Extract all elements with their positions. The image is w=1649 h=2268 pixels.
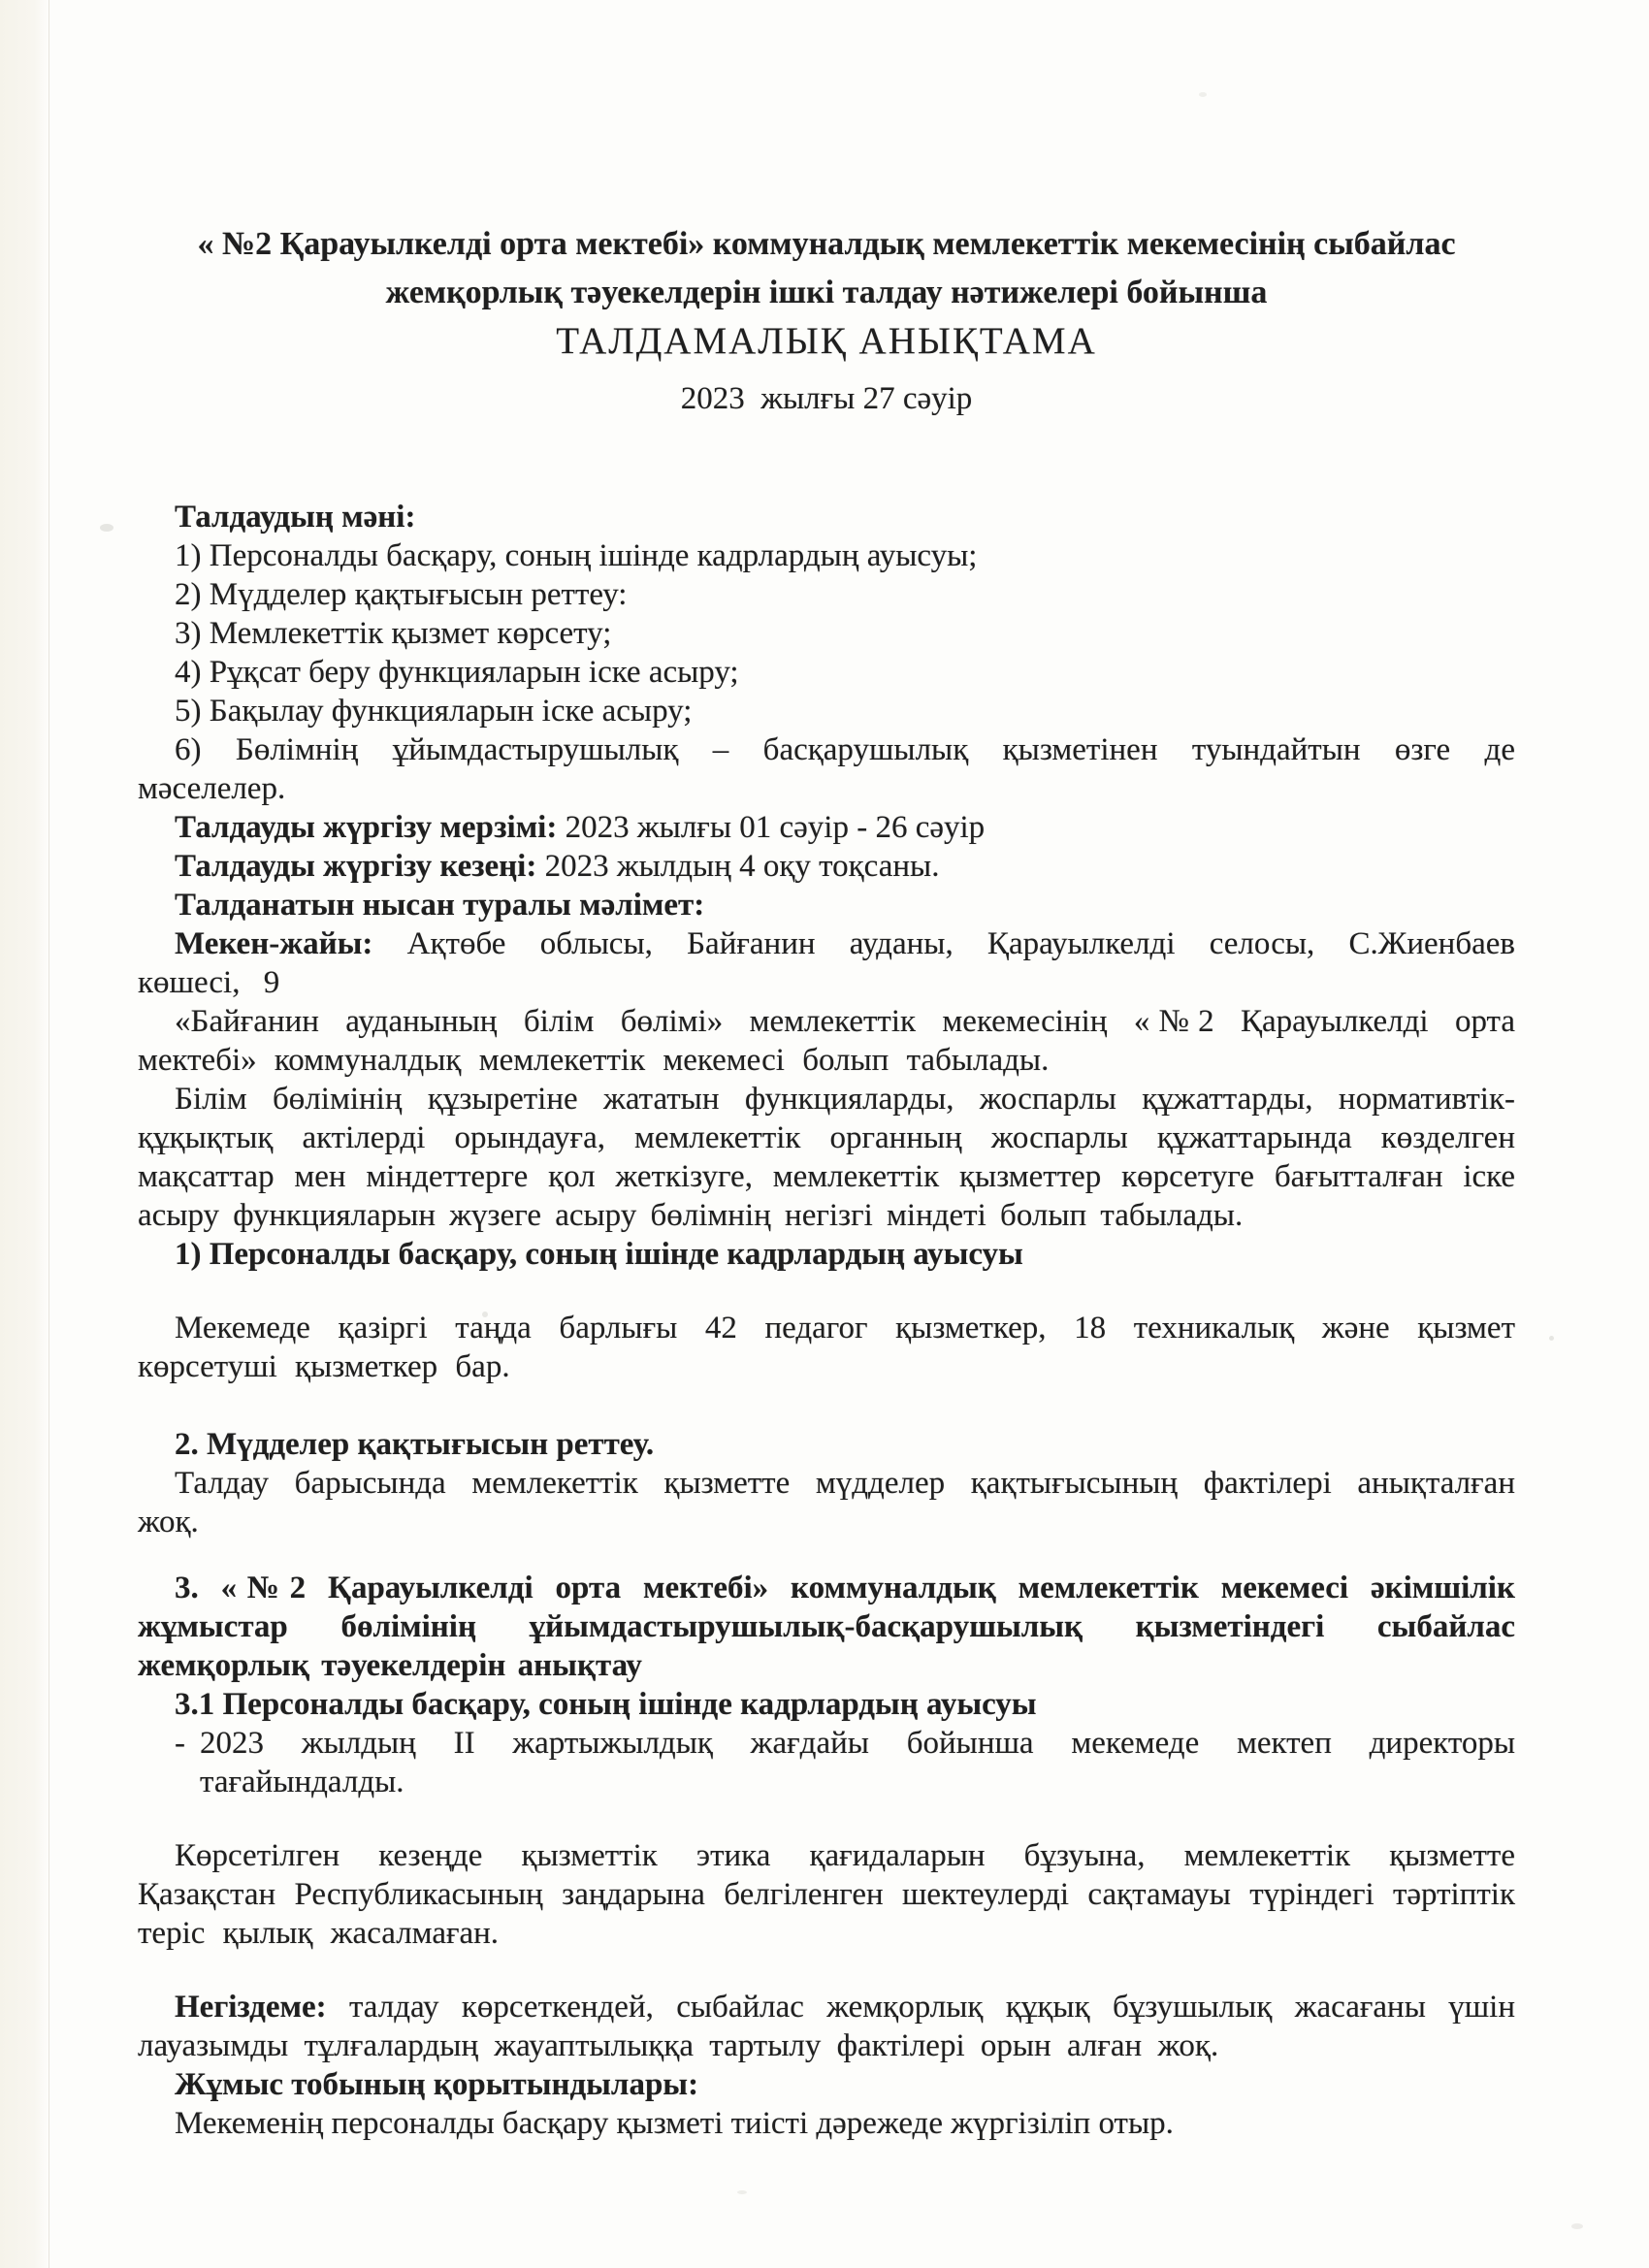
scan-speck [1199,92,1207,97]
intro-paragraph-1: «Байғанин ауданының білім бөлімі» мемлек… [138,1002,1515,1080]
object-info-heading: Талданатын нысан туралы мәлімет: [138,886,1515,924]
scan-left-edge-shading [0,0,49,2268]
section2-paragraph: Талдау барысында мемлекеттік қызметте мү… [138,1464,1515,1541]
subject-item-5: 5) Бақылау функцияларын іске асыру; [138,692,1515,730]
section1-heading: 1) Персоналды басқару, соның ішінде кадр… [138,1235,1515,1274]
analysis-stage-label: Талдауды жүргізу кезеңі: [175,849,536,884]
conclusions-heading: Жұмыс тобының қорытындылары: [138,2065,1515,2104]
scan-speck [1549,1336,1554,1341]
section3-heading: 3. «№2 Қарауылкелді орта мектебі» коммун… [138,1569,1515,1685]
subject-item-1: 1) Персоналды басқару, соның ішінде кадр… [138,536,1515,575]
conclusions-paragraph: Мекеменің персоналды басқару қызметі тиі… [138,2104,1515,2143]
address-line: Мекен-жайы: Ақтөбе облысы, Байғанин ауда… [138,924,1515,1002]
subject-item-4: 4) Рұқсат беру функцияларын іске асыру; [138,653,1515,692]
section3-subheading: 3.1 Персоналды басқару, соның ішінде кад… [138,1685,1515,1724]
subject-item-3: 3) Мемлекеттік қызмет көрсету; [138,614,1515,653]
document-title-line-1: « №2 Қарауылкелді орта мектебі» коммунал… [138,220,1515,269]
basis-text: талдау көрсеткендей, сыбайлас жемқорлық … [138,1990,1515,2063]
address-label: Мекен-жайы: [175,926,372,961]
subject-item-2: 2) Мүдделер қақтығысын реттеу: [138,575,1515,614]
subject-heading: Талдаудың мәні: [138,498,1515,536]
section2-heading: 2. Мүдделер қақтығысын реттеу. [138,1425,1515,1464]
analysis-stage-line: Талдауды жүргізу кезеңі: 2023 жылдың 4 о… [138,847,1515,886]
bullet-dash-marker: - [175,1724,185,1763]
scan-speck [100,524,113,532]
document-content: « №2 Қарауылкелді орта мектебі» коммунал… [138,220,1515,2143]
analysis-stage-value: 2023 жылдың 4 оқу тоқсаны. [545,849,940,884]
subject-item-6: 6) Бөлімнің ұйымдастырушылық – басқарушы… [138,730,1515,808]
document-title-line-2: жемқорлық тәуекелдерін ішкі талдау нәтиж… [138,269,1515,317]
section3-bullet-item: -2023 жылдың II жартыжылдық жағдайы бойы… [175,1724,1515,1801]
basis-label: Негіздеме: [175,1990,327,2025]
analysis-period-line: Талдауды жүргізу мерзімі: 2023 жылғы 01 … [138,808,1515,847]
bullet-text: 2023 жылдың II жартыжылдық жағдайы бойын… [200,1726,1515,1799]
analysis-period-value: 2023 жылғы 01 сәуір - 26 сәуір [566,810,986,845]
basis-paragraph: Негіздеме: талдау көрсеткендей, сыбайлас… [138,1988,1515,2065]
ethics-paragraph: Көрсетілген кезеңде қызметтік этика қағи… [138,1836,1515,1953]
section1-paragraph: Мекемеде қазіргі таңда барлығы 42 педаго… [138,1309,1515,1386]
scan-speck [1571,2223,1583,2229]
document-date: 2023 жылғы 27 сәуір [138,379,1515,418]
scan-speck [737,2190,747,2194]
document-type-heading: ТАЛДАМАЛЫҚ АНЫҚТАМА [138,317,1515,366]
scanned-document-page: « №2 Қарауылкелді орта мектебі» коммунал… [0,0,1649,2268]
analysis-period-label: Талдауды жүргізу мерзімі: [175,810,557,845]
intro-paragraph-2: Білім бөлімінің құзыретіне жататын функц… [138,1080,1515,1235]
